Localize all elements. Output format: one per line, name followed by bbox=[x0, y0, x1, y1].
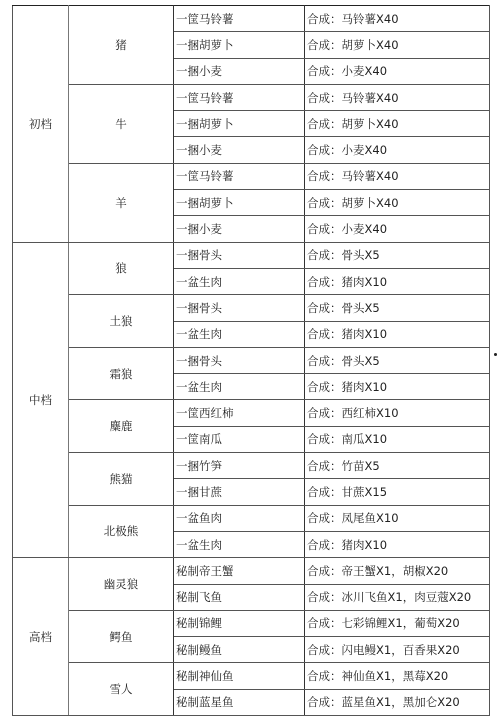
item-cell: 一捆小麦 bbox=[174, 137, 305, 163]
item-cell: 秘制锦鲤 bbox=[174, 610, 305, 636]
table-row: 土狼 一捆骨头 合成：骨头X5 bbox=[13, 295, 490, 321]
craft-cell: 合成：骨头X5 bbox=[305, 347, 490, 373]
craft-cell: 合成：南瓜X10 bbox=[305, 426, 490, 452]
item-cell: 秘制蓝星鱼 bbox=[174, 689, 305, 715]
craft-cell: 合成：闪电鳗X1，百香果X20 bbox=[305, 637, 490, 663]
table-row: 霜狼 一捆骨头 合成：骨头X5 bbox=[13, 347, 490, 373]
item-cell: 一捆胡萝卜 bbox=[174, 190, 305, 216]
tier-cell: 高档 bbox=[13, 558, 69, 716]
table-row: 牛 一筐马铃薯 合成：马铃薯X40 bbox=[13, 84, 490, 110]
animal-cell: 猪 bbox=[69, 6, 174, 85]
craft-cell: 合成：马铃薯X40 bbox=[305, 163, 490, 189]
animal-cell: 鳄鱼 bbox=[69, 610, 174, 663]
craft-cell: 合成：小麦X40 bbox=[305, 137, 490, 163]
item-cell: 秘制神仙鱼 bbox=[174, 663, 305, 689]
table-row: 北极熊 一盆鱼肉 合成：凤尾鱼X10 bbox=[13, 505, 490, 531]
animal-cell: 幽灵狼 bbox=[69, 558, 174, 611]
table-row: 熊猫 一捆竹笋 合成：竹苗X5 bbox=[13, 453, 490, 479]
item-cell: 一捆骨头 bbox=[174, 347, 305, 373]
table-row: 高档 幽灵狼 秘制帝王蟹 合成：帝王蟹X1，胡椒X20 bbox=[13, 558, 490, 584]
table-row: 麋鹿 一筐西红柿 合成：西红柿X10 bbox=[13, 400, 490, 426]
craft-cell: 合成：竹苗X5 bbox=[305, 453, 490, 479]
table-row: 雪人 秘制神仙鱼 合成：神仙鱼X1，黑莓X20 bbox=[13, 663, 490, 689]
craft-cell: 合成：胡萝卜X40 bbox=[305, 32, 490, 58]
craft-cell: 合成：胡萝卜X40 bbox=[305, 190, 490, 216]
item-cell: 一筐马铃薯 bbox=[174, 84, 305, 110]
tier-cell: 中档 bbox=[13, 242, 69, 558]
craft-cell: 合成：甘蔗X15 bbox=[305, 479, 490, 505]
tier-cell: 初档 bbox=[13, 6, 69, 243]
item-cell: 一捆胡萝卜 bbox=[174, 111, 305, 137]
table-row: 羊 一筐马铃薯 合成：马铃薯X40 bbox=[13, 163, 490, 189]
table-row: 初档 猪 一筐马铃薯 合成：马铃薯X40 bbox=[13, 6, 490, 32]
craft-cell: 合成：猪肉X10 bbox=[305, 268, 490, 294]
craft-cell: 合成：凤尾鱼X10 bbox=[305, 505, 490, 531]
craft-cell: 合成：小麦X40 bbox=[305, 216, 490, 242]
animal-cell: 雪人 bbox=[69, 663, 174, 716]
craft-cell: 合成：帝王蟹X1，胡椒X20 bbox=[305, 558, 490, 584]
item-cell: 一盆生肉 bbox=[174, 531, 305, 557]
craft-cell: 合成：西红柿X10 bbox=[305, 400, 490, 426]
bullet-dot bbox=[494, 353, 497, 356]
item-cell: 一盆鱼肉 bbox=[174, 505, 305, 531]
craft-cell: 合成：骨头X5 bbox=[305, 242, 490, 268]
animal-cell: 羊 bbox=[69, 163, 174, 242]
animal-cell: 土狼 bbox=[69, 295, 174, 348]
item-cell: 一捆竹笋 bbox=[174, 453, 305, 479]
animal-cell: 北极熊 bbox=[69, 505, 174, 558]
craft-cell: 合成：骨头X5 bbox=[305, 295, 490, 321]
animal-cell: 麋鹿 bbox=[69, 400, 174, 453]
craft-cell: 合成：七彩锦鲤X1，葡萄X20 bbox=[305, 610, 490, 636]
item-cell: 一盆生肉 bbox=[174, 374, 305, 400]
taming-recipe-table: 初档 猪 一筐马铃薯 合成：马铃薯X40 一捆胡萝卜 合成：胡萝卜X40 一捆小… bbox=[12, 5, 490, 716]
craft-cell: 合成：小麦X40 bbox=[305, 58, 490, 84]
animal-cell: 熊猫 bbox=[69, 453, 174, 506]
craft-cell: 合成：冰川飞鱼X1，肉豆蔻X20 bbox=[305, 584, 490, 610]
item-cell: 一捆甘蔗 bbox=[174, 479, 305, 505]
table-row: 中档 狼 一捆骨头 合成：骨头X5 bbox=[13, 242, 490, 268]
craft-cell: 合成：蓝星鱼X1，黑加仑X20 bbox=[305, 689, 490, 715]
craft-cell: 合成：猪肉X10 bbox=[305, 531, 490, 557]
item-cell: 秘制飞鱼 bbox=[174, 584, 305, 610]
craft-cell: 合成：神仙鱼X1，黑莓X20 bbox=[305, 663, 490, 689]
craft-cell: 合成：胡萝卜X40 bbox=[305, 111, 490, 137]
craft-cell: 合成：马铃薯X40 bbox=[305, 84, 490, 110]
item-cell: 一捆骨头 bbox=[174, 242, 305, 268]
table-row: 鳄鱼 秘制锦鲤 合成：七彩锦鲤X1，葡萄X20 bbox=[13, 610, 490, 636]
item-cell: 一盆生肉 bbox=[174, 268, 305, 294]
item-cell: 一筐南瓜 bbox=[174, 426, 305, 452]
item-cell: 一筐西红柿 bbox=[174, 400, 305, 426]
item-cell: 一筐马铃薯 bbox=[174, 6, 305, 32]
item-cell: 一盆生肉 bbox=[174, 321, 305, 347]
item-cell: 一捆小麦 bbox=[174, 216, 305, 242]
item-cell: 一捆胡萝卜 bbox=[174, 32, 305, 58]
item-cell: 秘制帝王蟹 bbox=[174, 558, 305, 584]
animal-cell: 牛 bbox=[69, 84, 174, 163]
animal-cell: 狼 bbox=[69, 242, 174, 295]
item-cell: 一筐马铃薯 bbox=[174, 163, 305, 189]
item-cell: 一捆小麦 bbox=[174, 58, 305, 84]
item-cell: 秘制鳗鱼 bbox=[174, 637, 305, 663]
craft-cell: 合成：猪肉X10 bbox=[305, 374, 490, 400]
item-cell: 一捆骨头 bbox=[174, 295, 305, 321]
craft-cell: 合成：猪肉X10 bbox=[305, 321, 490, 347]
animal-cell: 霜狼 bbox=[69, 347, 174, 400]
craft-cell: 合成：马铃薯X40 bbox=[305, 6, 490, 32]
